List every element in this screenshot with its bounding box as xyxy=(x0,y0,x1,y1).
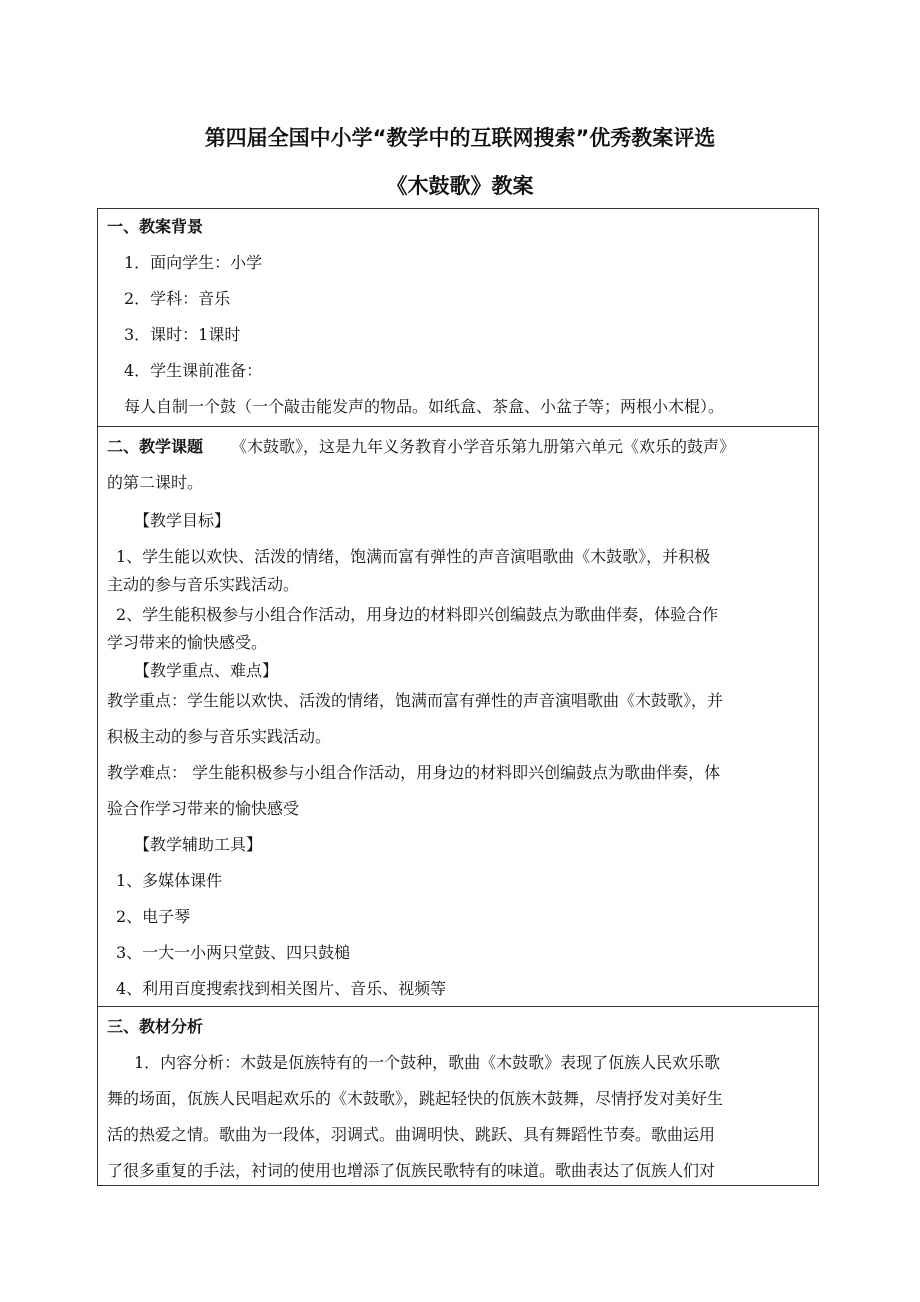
paragraph-line: 学习带来的愉快感受。 xyxy=(107,633,267,653)
paragraph-line: 舞的场面，佤族人民唱起欢乐的《木鼓歌》，跳起轻快的佤族木鼓舞，尽情抒发对美好生 xyxy=(107,1089,723,1109)
list-item: 2．学科：音乐 xyxy=(124,289,230,309)
paragraph-line: 主动的参与音乐实践活动。 xyxy=(107,575,299,595)
list-item: 2、电子琴 xyxy=(116,907,190,927)
subsection-heading: 【教学辅助工具】 xyxy=(134,835,262,855)
subsection-heading: 【教学重点、难点】 xyxy=(134,661,278,681)
section-heading: 二、教学课题 xyxy=(107,437,203,456)
lesson-plan-table: 一、教案背景 1．面向学生：小学 2．学科：音乐 3．课时：1课时 4．学生课前… xyxy=(97,208,819,1186)
document-title: 第四届全国中小学“教学中的互联网搜索”优秀教案评选 xyxy=(0,122,920,152)
section-heading: 一、教案背景 xyxy=(107,217,203,237)
list-item: 4、利用百度搜索找到相关图片、音乐、视频等 xyxy=(116,979,446,999)
list-item: 3、一大一小两只堂鼓、四只鼓槌 xyxy=(116,943,350,963)
paragraph-line: 教学重点：学生能以欢快、活泼的情绪，饱满而富有弹性的声音演唱歌曲《木鼓歌》，并 xyxy=(107,691,723,711)
section-heading: 三、教材分析 xyxy=(107,1017,203,1037)
paragraph-line: 1、学生能以欢快、活泼的情绪，饱满而富有弹性的声音演唱歌曲《木鼓歌》，并积极 xyxy=(116,547,710,567)
section-topic: 二、教学课题《木鼓歌》，这是九年义务教育小学音乐第九册第六单元《欢乐的鼓声》 的… xyxy=(98,426,818,1006)
paragraph-line: 积极主动的参与音乐实践活动。 xyxy=(107,727,331,747)
topic-line: 的第二课时。 xyxy=(107,473,203,493)
subsection-heading: 【教学目标】 xyxy=(134,511,230,531)
topic-text: 《木鼓歌》，这是九年义务教育小学音乐第九册第六单元《欢乐的鼓声》 xyxy=(231,437,735,456)
list-item: 4．学生课前准备： xyxy=(124,361,262,381)
paragraph-line: 教学难点： 学生能积极参与小组合作活动，用身边的材料即兴创编鼓点为歌曲伴奏，体 xyxy=(107,763,720,783)
section-background: 一、教案背景 1．面向学生：小学 2．学科：音乐 3．课时：1课时 4．学生课前… xyxy=(98,209,818,426)
paragraph-line: 2、学生能积极参与小组合作活动，用身边的材料即兴创编鼓点为歌曲伴奏，体验合作 xyxy=(116,605,718,625)
paragraph-line: 活的热爱之情。歌曲为一段体，羽调式。曲调明快、跳跃、具有舞蹈性节奏。歌曲运用 xyxy=(107,1125,715,1145)
paragraph-line: 验合作学习带来的愉快感受 xyxy=(107,799,299,819)
paragraph-line: 了很多重复的手法，衬词的使用也增添了佤族民歌特有的味道。歌曲表达了佤族人们对 xyxy=(107,1161,715,1181)
document-subtitle: 《木鼓歌》教案 xyxy=(0,170,920,200)
list-item: 每人自制一个鼓（一个敲击能发声的物品。如纸盒、茶盒、小盆子等；两根小木棍）。 xyxy=(124,397,724,417)
section-material-analysis: 三、教材分析 1．内容分析：木鼓是佤族特有的一个鼓种，歌曲《木鼓歌》表现了佤族人… xyxy=(98,1006,818,1186)
list-item: 3．课时：1课时 xyxy=(124,325,240,345)
topic-line: 二、教学课题《木鼓歌》，这是九年义务教育小学音乐第九册第六单元《欢乐的鼓声》 xyxy=(107,437,735,457)
list-item: 1、多媒体课件 xyxy=(116,871,222,891)
paragraph-line: 1．内容分析：木鼓是佤族特有的一个鼓种，歌曲《木鼓歌》表现了佤族人民欢乐歌 xyxy=(134,1053,720,1073)
list-item: 1．面向学生：小学 xyxy=(124,253,262,273)
